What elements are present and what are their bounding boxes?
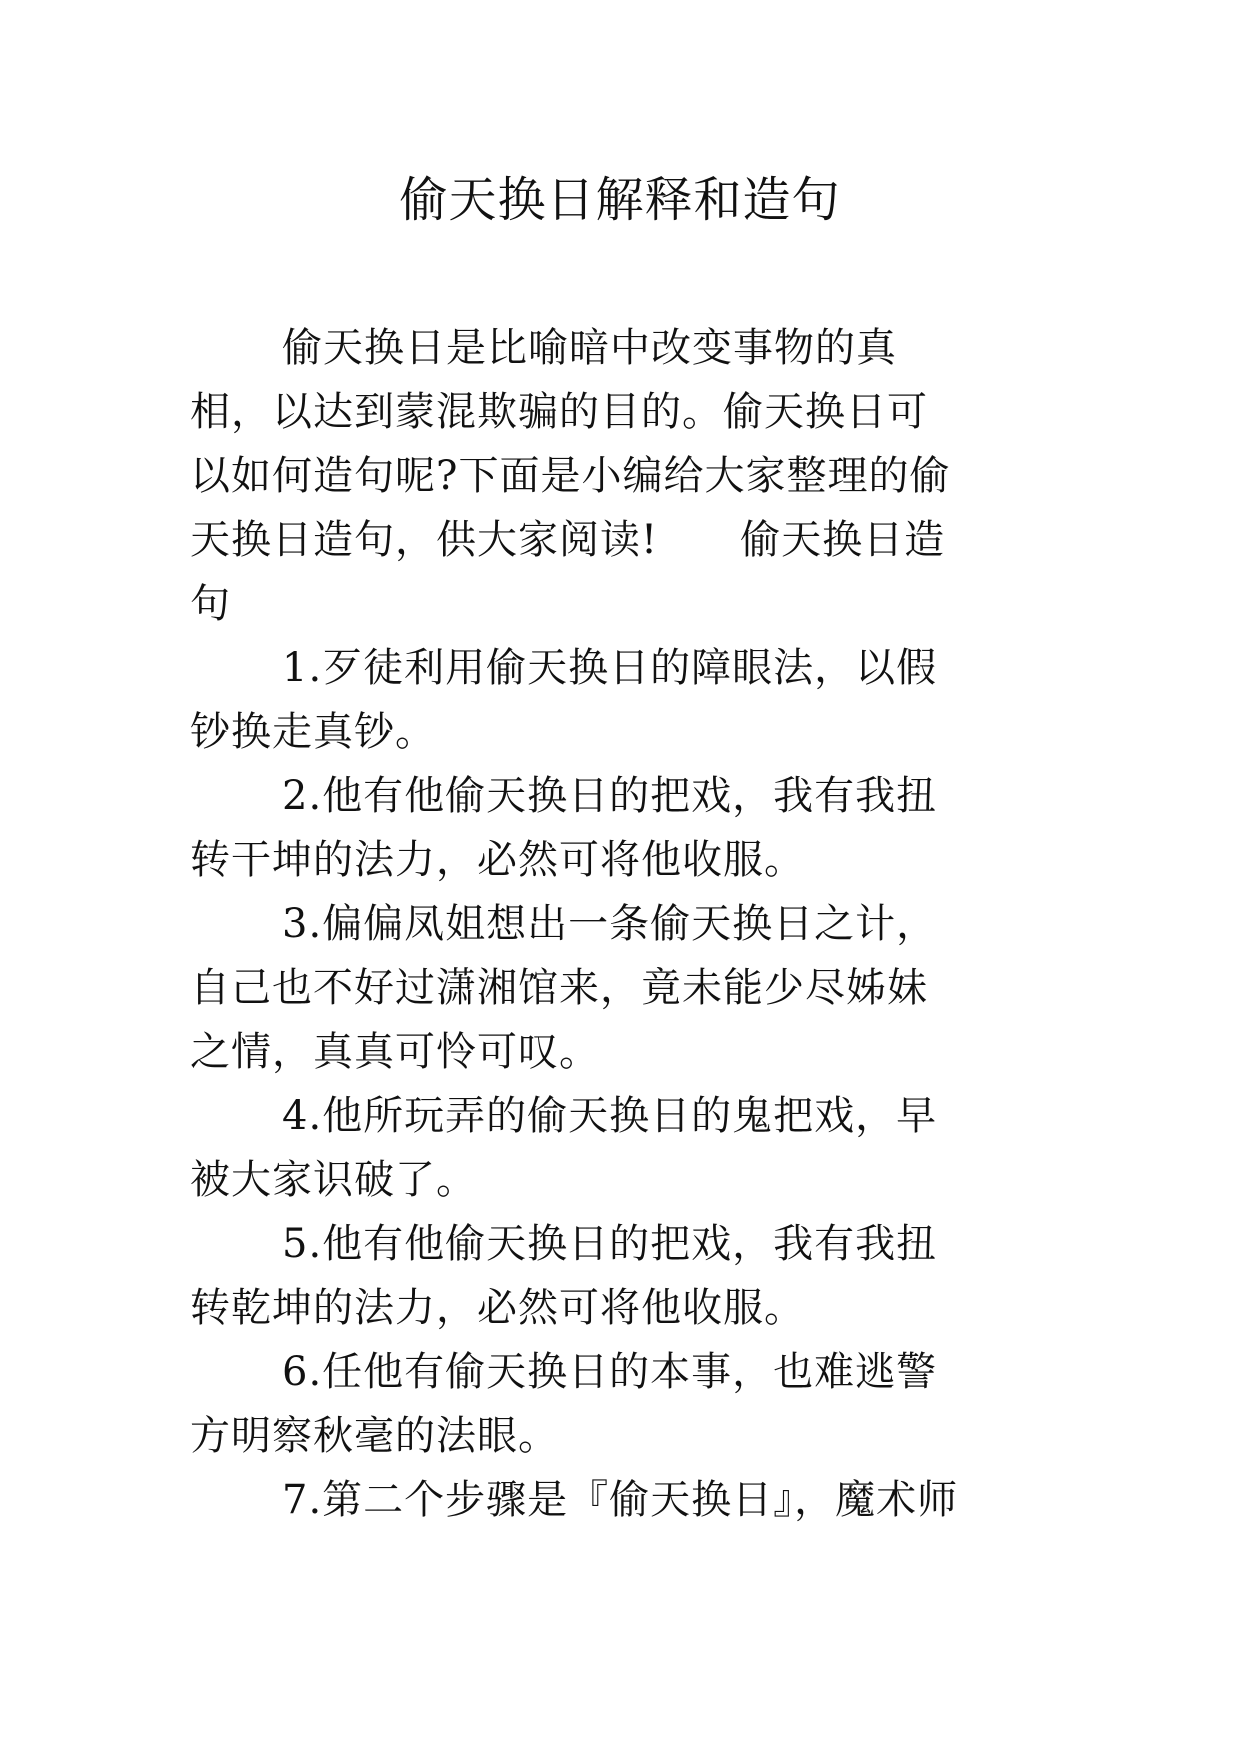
text-line: 偷天换日是比喻暗中改变事物的真 — [282, 320, 897, 376]
text-line: 句 — [190, 576, 231, 632]
text-line: 6.任他有偷天换日的本事，也难逃警 — [282, 1344, 937, 1400]
text-line: 钞换走真钞。 — [190, 704, 436, 760]
text-line: 7.第二个步骤是『偷天换日』，魔术师 — [282, 1472, 958, 1528]
text-line: 转乾坤的法力，必然可将他收服。 — [190, 1280, 805, 1336]
text-line: 相，以达到蒙混欺骗的目的。偷天换日可 — [190, 384, 928, 440]
text-line: 被大家识破了。 — [190, 1152, 477, 1208]
text-line: 以如何造句呢?下面是小编给大家整理的偷 — [190, 448, 950, 504]
text-line: 3.偏偏凤姐想出一条偷天换日之计， — [282, 896, 937, 952]
text-line: 天换日造句，供大家阅读! 偷天换日造 — [190, 512, 945, 568]
text-line: 转干坤的法力，必然可将他收服。 — [190, 832, 805, 888]
text-line: 1.歹徒利用偷天换日的障眼法，以假 — [282, 640, 937, 696]
text-line: 2.他有他偷天换日的把戏，我有我扭 — [282, 768, 937, 824]
text-line: 之情，真真可怜可叹。 — [190, 1024, 600, 1080]
document-title: 偷天换日解释和造句 — [0, 168, 1240, 232]
text-line: 5.他有他偷天换日的把戏，我有我扭 — [282, 1216, 937, 1272]
text-line: 方明察秋毫的法眼。 — [190, 1408, 559, 1464]
text-line: 自己也不好过潇湘馆来，竟未能少尽姊妹 — [190, 960, 928, 1016]
text-line: 4.他所玩弄的偷天换日的鬼把戏，早 — [282, 1088, 937, 1144]
